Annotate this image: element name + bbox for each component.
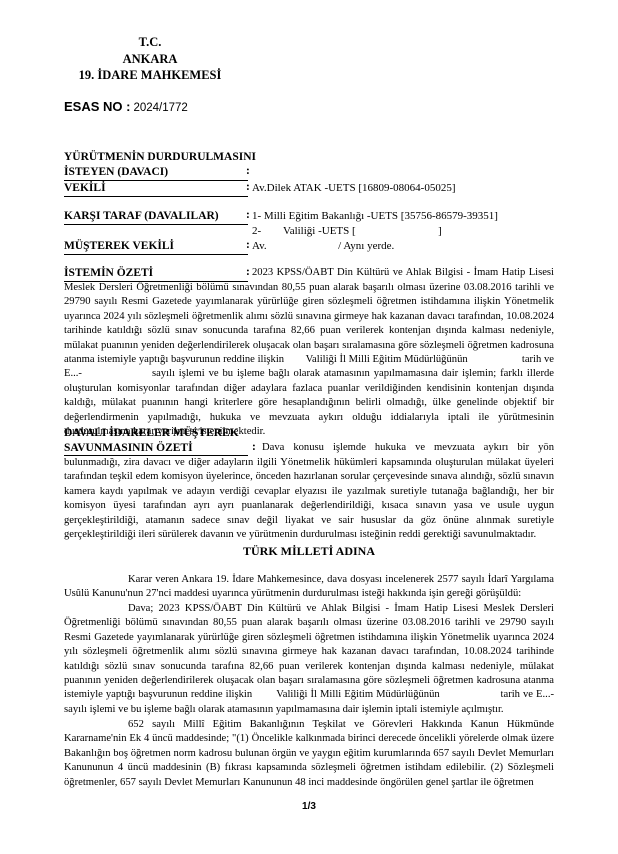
request-summary-text: Meslek Dersleri Öğretmenliği bölümü sına… — [64, 281, 554, 439]
request-summary-colon: : — [246, 266, 250, 278]
document-page: T.C. ANKARA 19. İDARE MAHKEMESİ ESAS NO … — [0, 0, 618, 854]
joint-attorney-label: MÜŞTEREK VEKİLİ — [64, 239, 174, 253]
page-number: 1/3 — [0, 801, 618, 812]
attorney-value: Av.Dilek ATAK -UETS [16809-08064-05025] — [252, 182, 456, 194]
defendant-label: KARŞI TARAF (DAVALILAR) — [64, 209, 219, 223]
body-paragraph-3: 652 sayılı Millî Eğitim Bakanlığının Teş… — [64, 718, 554, 790]
defendant-colon: : — [246, 209, 250, 221]
request-summary-label: İSTEMİN ÖZETİ — [64, 266, 153, 280]
joint-attorney-value: Av. / Aynı yerde. — [252, 240, 394, 252]
defense-summary-text: bulunmadığı, zira davacı ve diğer adayla… — [64, 456, 554, 542]
case-number-row: ESAS NO : 2024/1772 — [64, 99, 188, 115]
joint-attorney-underline — [64, 254, 248, 255]
defense-summary-label-line1: DAVALI İDARELER MÜŞTEREK — [64, 426, 239, 440]
header-country: T.C. — [0, 34, 300, 50]
joint-attorney-colon: : — [246, 239, 250, 251]
attorney-colon: : — [246, 181, 250, 193]
request-summary-first-line: 2023 KPSS/ÖABT Din Kültürü ve Ahlak Bilg… — [252, 267, 554, 278]
header-city: ANKARA — [0, 51, 300, 67]
body-paragraph-1: Karar veren Ankara 19. İdare Mahkemesinc… — [64, 573, 554, 602]
body-paragraph-2: Dava; 2023 KPSS/ÖABT Din Kültürü ve Ahla… — [64, 602, 554, 717]
defense-summary-label-line2: SAVUNMASININ ÖZETİ — [64, 441, 193, 455]
header-court: 19. İDARE MAHKEMESİ — [0, 67, 300, 83]
defendant-value-2: 2- Valiliği -UETS [ ] — [252, 225, 442, 237]
defendant-value-1: 1- Milli Eğitim Bakanlığı -UETS [35756-8… — [252, 210, 498, 222]
attorney-underline — [64, 196, 248, 197]
case-number-label: ESAS NO : — [64, 99, 130, 114]
case-number-value: 2024/1772 — [133, 102, 187, 114]
defense-summary-colon: : — [252, 441, 256, 453]
ruling-title: TÜRK MİLLETİ ADINA — [0, 544, 618, 559]
defense-summary-first-line: Dava konusu işlemde hukuka ve mevzuata a… — [262, 442, 554, 453]
plaintiff-colon: : — [246, 165, 250, 177]
attorney-label: VEKİLİ — [64, 181, 106, 195]
defendant-underline — [64, 224, 248, 225]
plaintiff-title-line1: YÜRÜTMENİN DURDURULMASINI — [64, 150, 256, 164]
plaintiff-label: İSTEYEN (DAVACI) — [64, 165, 168, 179]
